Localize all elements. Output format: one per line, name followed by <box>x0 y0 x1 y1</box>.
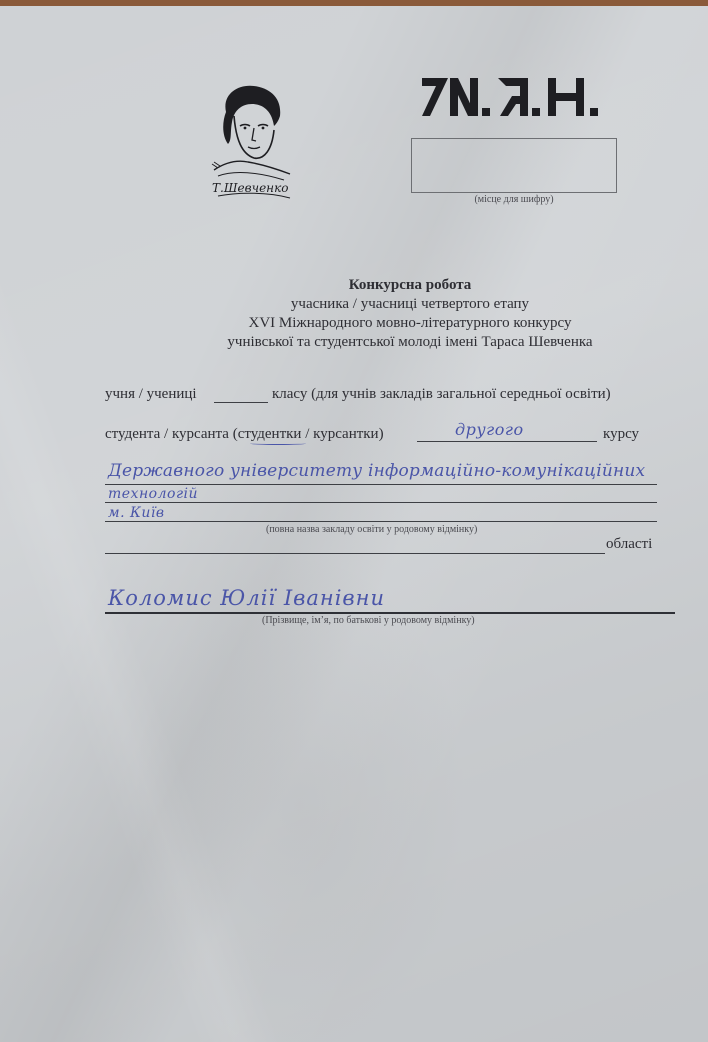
full-name-value: Коломис Юлії Іванівни <box>108 586 385 610</box>
title-line-1: учасника / учасниці четвертого етапу <box>200 295 620 314</box>
title-block: Конкурсна робота учасника / учасниці чет… <box>200 276 620 352</box>
man-logo <box>420 76 610 118</box>
institution-caption: (повна назва закладу освіти у родовому в… <box>266 524 477 535</box>
cipher-field[interactable] <box>411 138 617 193</box>
pupil-suffix: класу (для учнів закладів загальної сере… <box>272 386 611 403</box>
institution-field-line-1[interactable] <box>105 484 657 485</box>
document-heading: Конкурсна робота <box>200 276 620 295</box>
pupil-prefix: учня / учениці <box>105 386 197 403</box>
region-suffix: області <box>606 536 652 553</box>
pupil-class-field[interactable] <box>214 402 268 403</box>
title-line-2: XVI Міжнародного мовно-літературного кон… <box>200 314 620 333</box>
institution-field-line-3[interactable] <box>105 521 657 522</box>
title-line-3: учнівської та студентської молоді імені … <box>200 333 620 352</box>
institution-field-line-2[interactable] <box>105 502 657 503</box>
paper-page: Т.Шевченко (місце для шифру) Конкурсна р… <box>0 6 708 1042</box>
cipher-caption: (місце для шифру) <box>411 194 617 205</box>
student-prefix: студента / курсанта (студентки / курсант… <box>105 426 384 443</box>
shevchenko-portrait-icon: Т.Шевченко <box>208 82 294 200</box>
student-course-value: другого <box>455 420 524 439</box>
student-underline-mark <box>250 442 306 445</box>
region-field[interactable] <box>105 553 605 554</box>
institution-value-line-2: технологій <box>108 486 198 502</box>
full-name-caption: (Прізвище, ім’я, по батькові у родовому … <box>262 615 475 626</box>
institution-value-line-1: Державного університету інформаційно-ком… <box>108 461 645 481</box>
institution-value-line-3: м. Київ <box>108 505 165 521</box>
full-name-field[interactable] <box>105 612 675 614</box>
student-suffix: курсу <box>603 426 639 443</box>
student-course-field[interactable] <box>417 441 597 442</box>
